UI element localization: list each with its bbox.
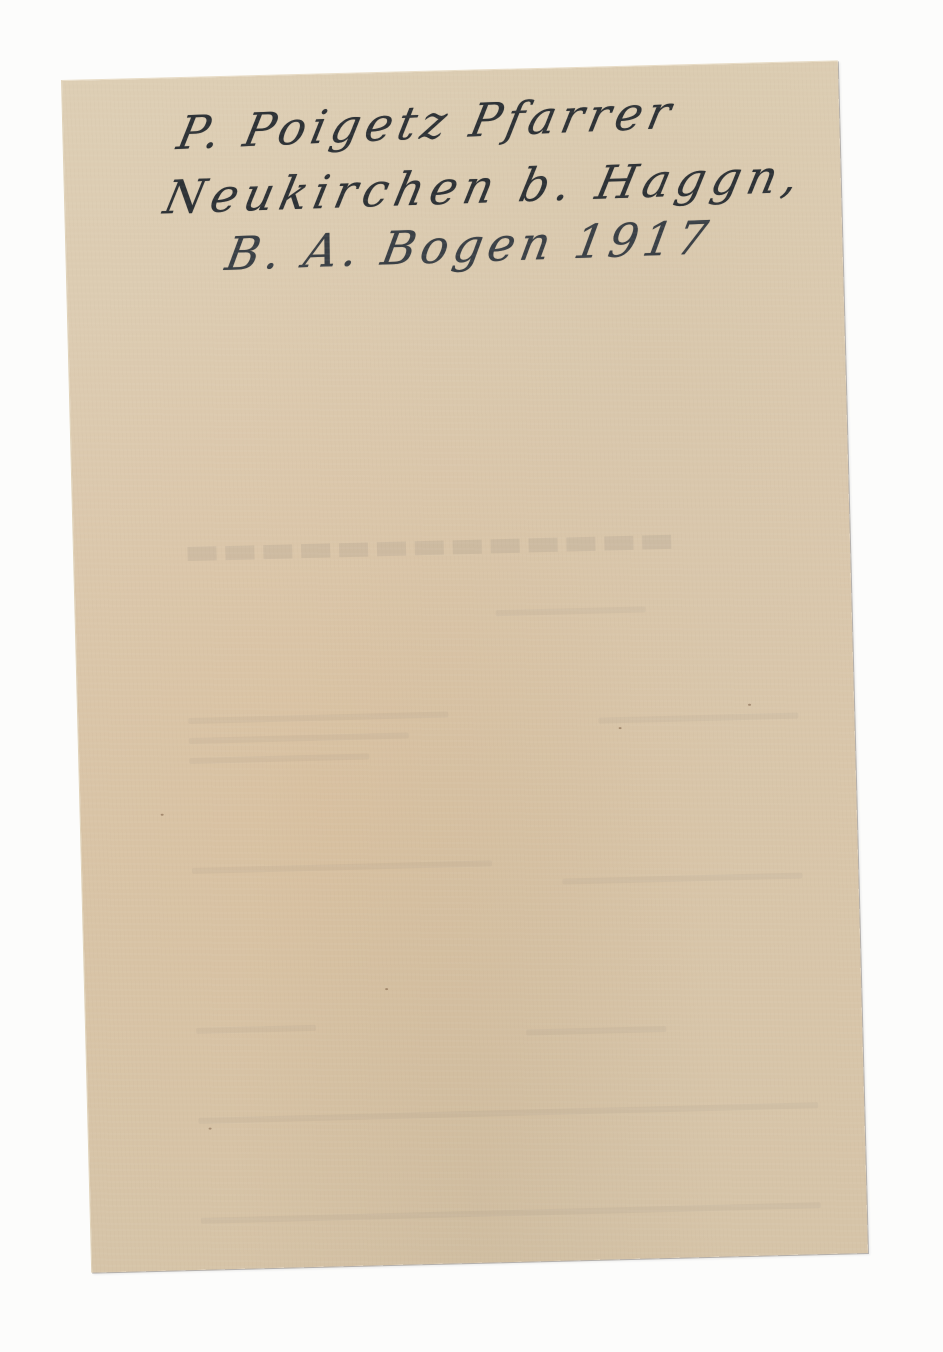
handwritten-inscription: P. Poigetz Pfarrer Neukirchen b. Haggn, … [62, 61, 868, 1272]
handwriting-line-name: P. Poigetz Pfarrer [173, 85, 681, 161]
scan-background: ▬▬▬▬▬▬▬▬▬▬▬▬▬ P. Poigetz Pfarrer Neukirc… [0, 0, 943, 1352]
paper-card: ▬▬▬▬▬▬▬▬▬▬▬▬▬ P. Poigetz Pfarrer Neukirc… [61, 60, 868, 1272]
handwriting-line-district-year: B. A. Bogen 1917 [222, 210, 717, 281]
